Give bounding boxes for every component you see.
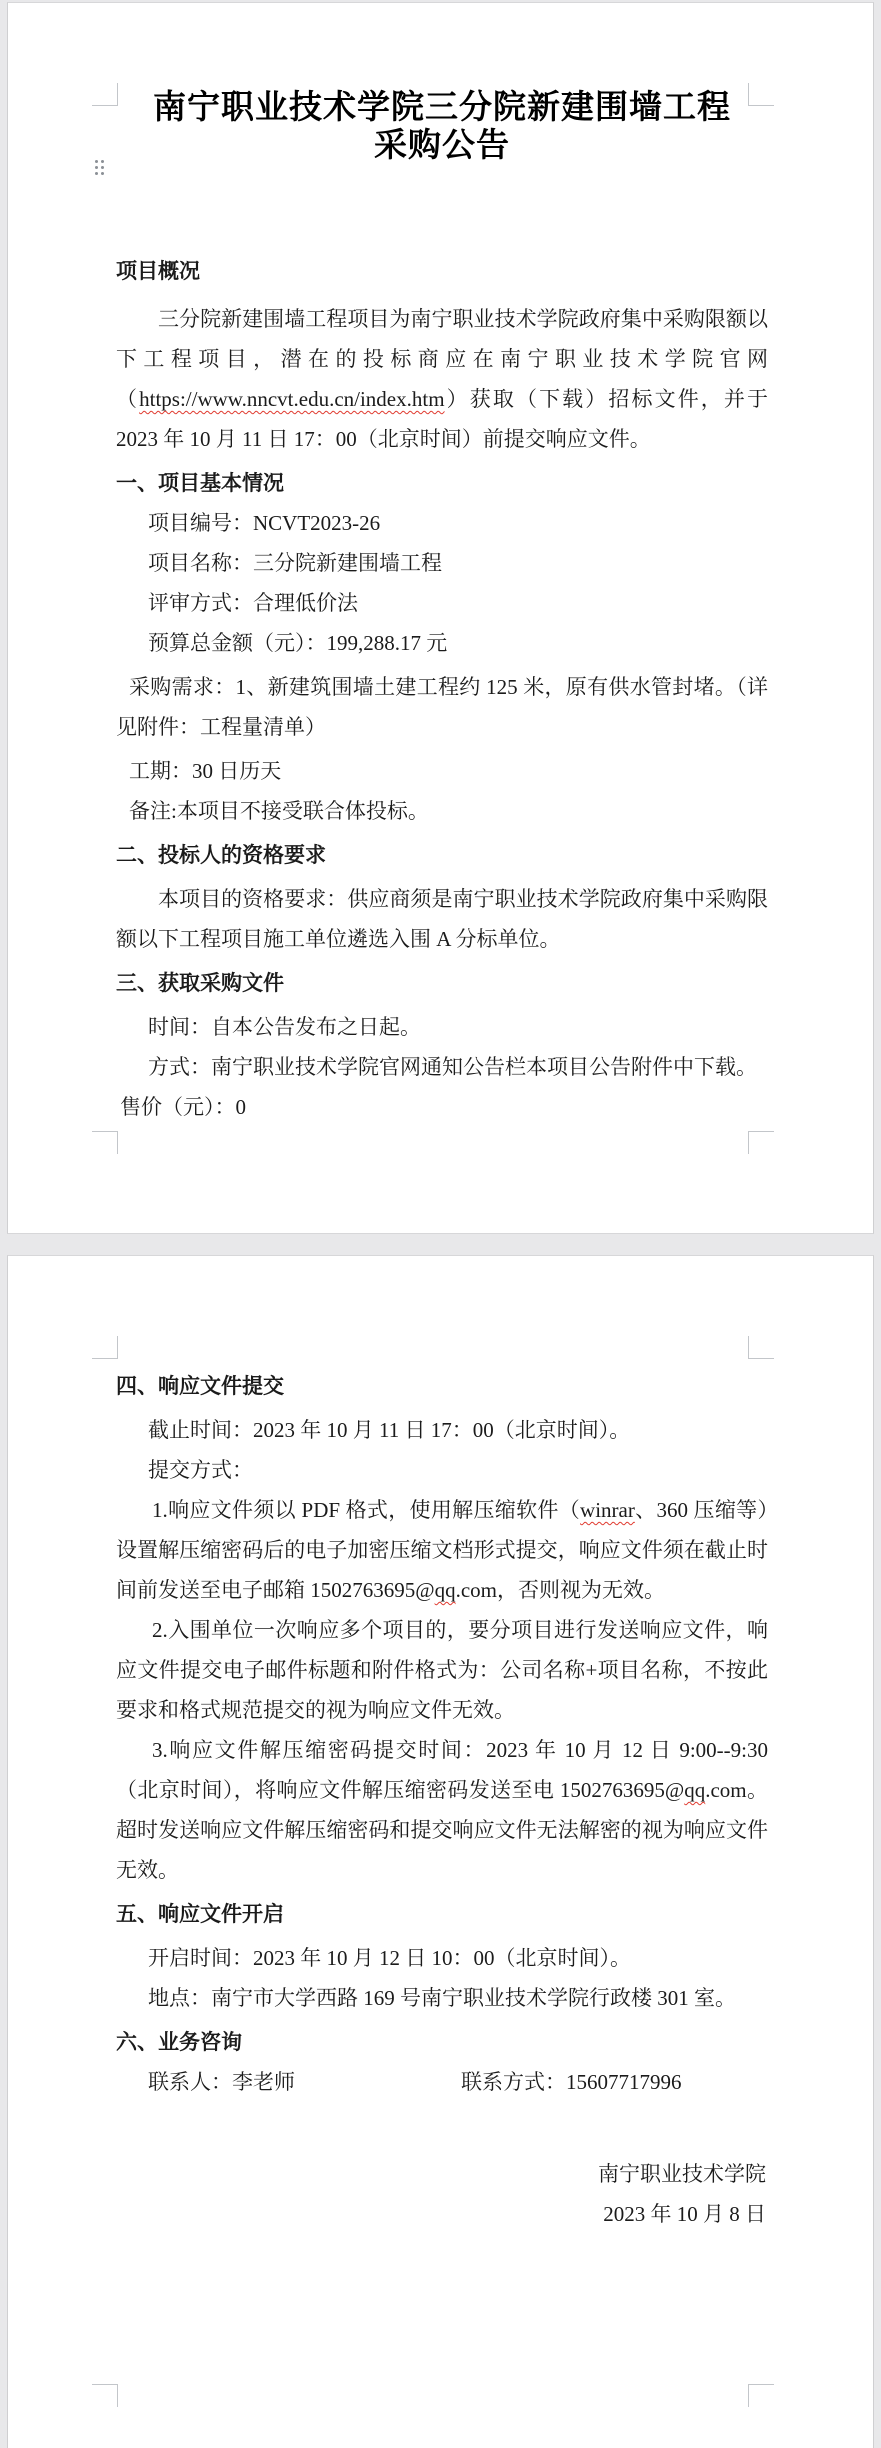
opening-place: 地点：南宁市大学西路 169 号南宁职业技术学院行政楼 301 室。 [116, 1978, 768, 2018]
obtain-method: 方式：南宁职业技术学院官网通知公告栏本项目公告附件中下载。 [116, 1047, 768, 1087]
section-6-heading: 六、业务咨询 [116, 2022, 768, 2062]
signature-date: 2023 年 10 月 8 日 [116, 2194, 768, 2234]
qualification-paragraph: 本项目的资格要求：供应商须是南宁职业技术学院政府集中采购限额以下工程项目施工单位… [116, 879, 768, 959]
submission-rule-1: 1.响应文件须以 PDF 格式，使用解压缩软件（winrar、360 压缩等）设… [116, 1490, 768, 1610]
submission-deadline: 截止时间：2023 年 10 月 11 日 17：00（北京时间）。 [116, 1410, 768, 1450]
remark-note: 备注:本项目不接受联合体投标。 [116, 791, 768, 831]
overview-paragraph: 三分院新建围墙工程项目为南宁职业技术学院政府集中采购限额以下工程项目，潜在的投标… [116, 299, 768, 459]
section-4-heading: 四、响应文件提交 [116, 1366, 768, 1406]
school-website-url: https://www.nncvt.edu.cn/index.htm [139, 387, 444, 411]
section-5-heading: 五、响应文件开启 [116, 1894, 768, 1934]
contact-person: 联系人：李老师 [148, 2062, 461, 2102]
procurement-demand: 采购需求：1、新建筑围墙土建工程约 125 米，原有供水管封堵。（详见附件：工程… [116, 667, 768, 747]
section-3-heading: 三、获取采购文件 [116, 963, 768, 1003]
section-2-heading: 二、投标人的资格要求 [116, 835, 768, 875]
obtain-time: 时间：自本公告发布之日起。 [116, 1007, 768, 1047]
rule-1-text-before: 1.响应文件须以 PDF 格式，使用解压缩软件（ [152, 1498, 580, 1522]
winrar-word: winrar [580, 1498, 635, 1522]
review-method: 评审方式：合理低价法 [116, 583, 768, 623]
construction-period: 工期：30 日历天 [116, 751, 768, 791]
submission-rule-3: 3.响应文件解压缩密码提交时间：2023 年 10 月 12 日 9:00--9… [116, 1730, 768, 1890]
opening-time: 开启时间：2023 年 10 月 12 日 10：00（北京时间）。 [116, 1938, 768, 1978]
budget-total: 预算总金额（元）：199,288.17 元 [116, 623, 768, 663]
page-2-content: 四、响应文件提交 截止时间：2023 年 10 月 11 日 17：00（北京时… [8, 1256, 873, 2448]
project-name: 项目名称：三分院新建围墙工程 [116, 543, 768, 583]
signature-organization: 南宁职业技术学院 [116, 2154, 768, 2194]
page-1-content: 南宁职业技术学院三分院新建围墙工程 采购公告 项目概况 三分院新建围墙工程项目为… [8, 3, 873, 1233]
document-title: 南宁职业技术学院三分院新建围墙工程 采购公告 [116, 89, 768, 165]
rule-1-text-after: .com，否则视为无效。 [456, 1578, 665, 1602]
overview-heading: 项目概况 [116, 251, 768, 291]
qq-domain-word: qq [684, 1778, 705, 1802]
section-1-heading: 一、项目基本情况 [116, 463, 768, 503]
document-title-line-2: 采购公告 [116, 127, 768, 165]
qq-domain-word: qq [435, 1578, 456, 1602]
document-price: 售价（元）：0 [116, 1087, 768, 1127]
document-page-2: 四、响应文件提交 截止时间：2023 年 10 月 11 日 17：00（北京时… [7, 1255, 874, 2448]
contact-phone: 联系方式：15607717996 [461, 2070, 682, 2094]
project-number: 项目编号：NCVT2023-26 [116, 503, 768, 543]
submission-rule-2: 2.入围单位一次响应多个项目的，要分项目进行发送响应文件，响应文件提交电子邮件标… [116, 1610, 768, 1730]
document-page-1: 南宁职业技术学院三分院新建围墙工程 采购公告 项目概况 三分院新建围墙工程项目为… [7, 2, 874, 1234]
contact-row: 联系人：李老师联系方式：15607717996 [116, 2062, 768, 2102]
document-viewer-canvas: { "doc": { "title_line1": "南宁职业技术学院三分院新建… [0, 0, 881, 2448]
document-title-line-1: 南宁职业技术学院三分院新建围墙工程 [116, 89, 768, 127]
submission-method-label: 提交方式： [116, 1450, 768, 1490]
rule-3-text-before: 3.响应文件解压缩密码提交时间：2023 年 10 月 12 日 9:00--9… [116, 1738, 768, 1802]
